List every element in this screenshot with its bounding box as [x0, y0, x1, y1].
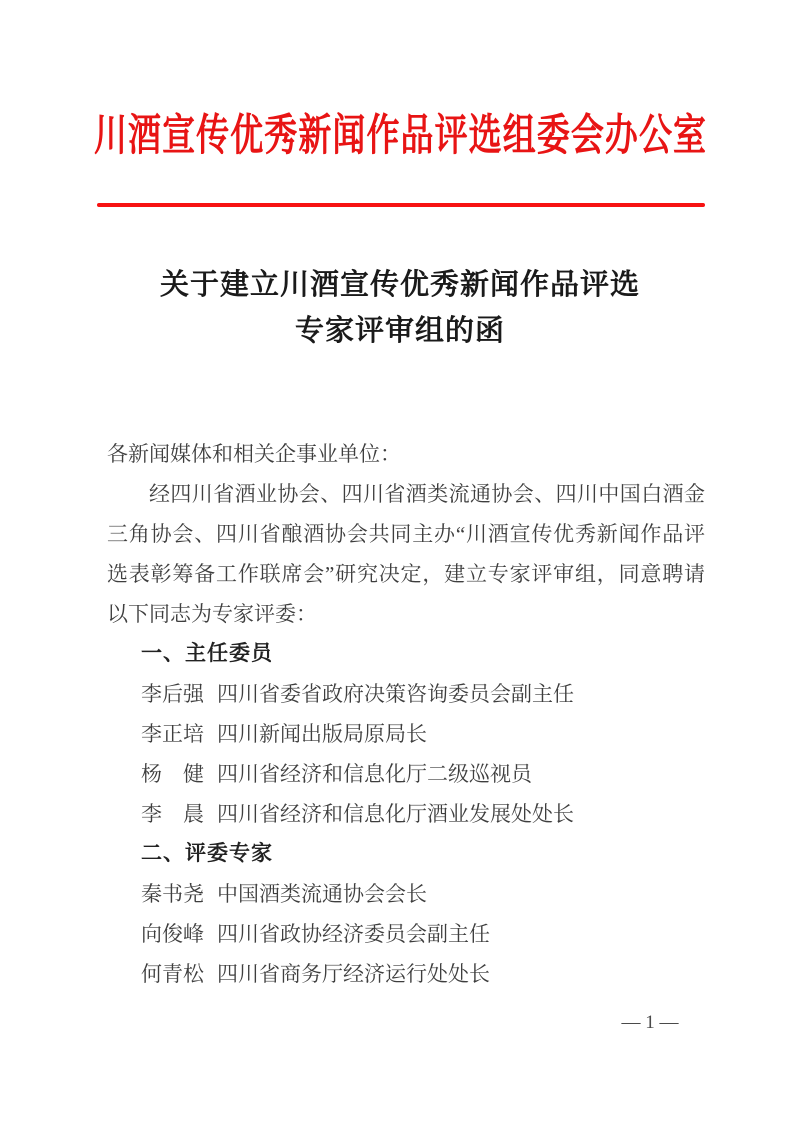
page-number: — 1 — — [600, 1010, 700, 1036]
letterhead-red-rule — [97, 203, 705, 207]
member-title: 四川省经济和信息化厅二级巡视员 — [217, 762, 532, 786]
document-page: 川酒宣传优秀新闻作品评选组委会办公室 关于建立川酒宣传优秀新闻作品评选 专家评审… — [0, 0, 800, 1132]
member-title: 四川省政协经济委员会副主任 — [217, 922, 490, 946]
paragraph-line: 三角协会、四川省酿酒协会共同主办“川酒宣传优秀新闻作品评 — [107, 514, 705, 554]
member-title: 四川省经济和信息化厅酒业发展处处长 — [217, 802, 574, 826]
member-name: 向俊峰 — [141, 914, 204, 954]
document-title-line-2: 专家评审组的函 — [100, 308, 700, 354]
paragraph-line: 以下同志为专家评委： — [107, 594, 705, 634]
member-row: 何青松四川省商务厅经济运行处处长 — [107, 954, 705, 994]
document-title: 关于建立川酒宣传优秀新闻作品评选 专家评审组的函 — [100, 262, 700, 354]
member-row: 杨 健四川省经济和信息化厅二级巡视员 — [107, 754, 705, 794]
section-heading-experts: 二、评委专家 — [107, 834, 705, 874]
member-name: 李后强 — [141, 674, 204, 714]
member-name: 杨 健 — [141, 754, 204, 794]
member-title: 四川省商务厅经济运行处处长 — [217, 962, 490, 986]
letterhead-office-name: 川酒宣传优秀新闻作品评选组委会办公室 — [94, 105, 706, 168]
member-row: 李 晨四川省经济和信息化厅酒业发展处处长 — [107, 794, 705, 834]
member-name: 秦书尧 — [141, 874, 204, 914]
member-title: 四川新闻出版局原局长 — [217, 722, 427, 746]
salutation: 各新闻媒体和相关企事业单位： — [107, 434, 705, 474]
member-name: 李正培 — [141, 714, 204, 754]
member-title: 四川省委省政府决策咨询委员会副主任 — [217, 682, 574, 706]
letter-body: 各新闻媒体和相关企事业单位： 经四川省酒业协会、四川省酒类流通协会、四川中国白酒… — [107, 434, 705, 994]
section-heading-chairman: 一、主任委员 — [107, 634, 705, 674]
member-row: 李正培四川新闻出版局原局长 — [107, 714, 705, 754]
paragraph-line: 选表彰筹备工作联席会”研究决定，建立专家评审组，同意聘请 — [107, 554, 705, 594]
document-title-line-1: 关于建立川酒宣传优秀新闻作品评选 — [100, 262, 700, 308]
member-title: 中国酒类流通协会会长 — [217, 882, 427, 906]
member-row: 向俊峰四川省政协经济委员会副主任 — [107, 914, 705, 954]
member-row: 李后强四川省委省政府决策咨询委员会副主任 — [107, 674, 705, 714]
member-name: 何青松 — [141, 954, 204, 994]
member-row: 秦书尧中国酒类流通协会会长 — [107, 874, 705, 914]
member-name: 李 晨 — [141, 794, 204, 834]
paragraph-line: 经四川省酒业协会、四川省酒类流通协会、四川中国白酒金 — [107, 474, 705, 514]
